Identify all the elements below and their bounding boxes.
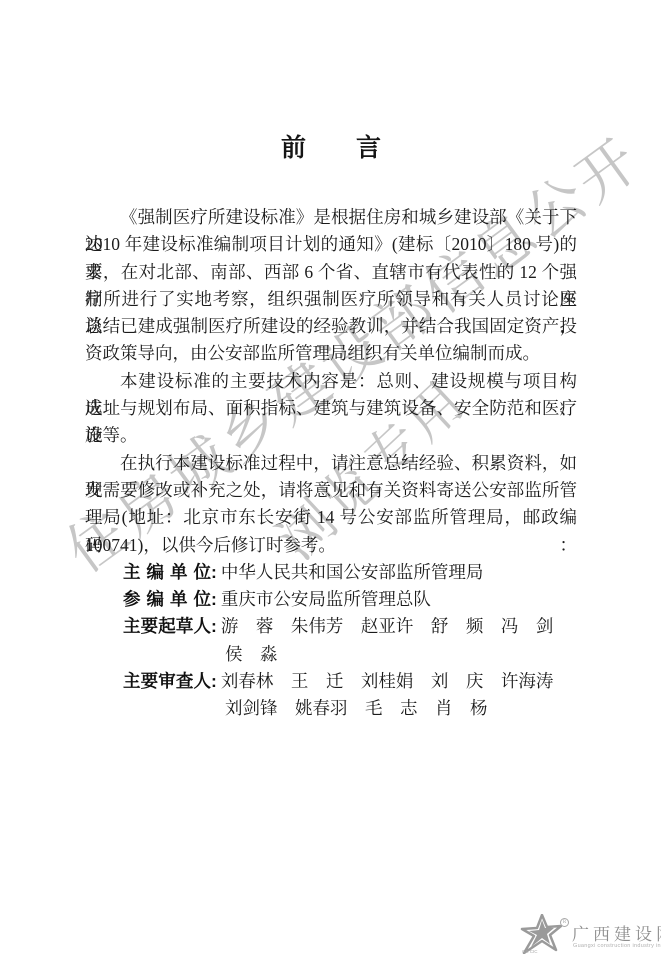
field-label: 主编单位 (123, 559, 211, 586)
page-title: 前 言 (85, 128, 577, 164)
site-logo: GX CIC R 广西建设网 Guangxi construction indu… (520, 912, 660, 958)
field-line: 主要起草人:游 蓉 朱伟芳 赵亚许 舒 频 冯 剑 (85, 613, 577, 640)
text-line: 求，在对北部、南部、西部 6 个省、直辖市有代表性的 12 个强制医 (85, 259, 577, 286)
field-label: 主要审查人 (123, 668, 211, 695)
site-logo-name: 广西建设网 (572, 920, 661, 945)
field-label: 主要起草人 (123, 613, 211, 640)
field-value-continuation: 侯 淼 (85, 641, 577, 668)
text-line: 《强制医疗所建设标准》是根据住房和城乡建设部《关于下达 (85, 204, 577, 231)
field-label-colon: : (211, 671, 221, 691)
svg-text:GX CIC: GX CIC (522, 949, 538, 954)
field-line: 参编单位:重庆市公安局监所管理总队 (85, 586, 577, 613)
field-label: 参编单位 (123, 586, 211, 613)
field-line: 主要审查人:刘春林 王 迁 刘桂娟 刘 庆 许海涛 (85, 668, 577, 695)
text-line: 选址与规划布局、面积指标、建筑与建筑设备、安全防范和医疗设 (85, 395, 577, 422)
field-line: 主编单位:中华人民共和国公安部监所管理局 (85, 559, 577, 586)
field-value: 游 蓉 朱伟芳 赵亚许 舒 频 冯 剑 (221, 616, 554, 636)
field-label-colon: : (211, 562, 221, 582)
site-logo-tagline: Guangxi construction industry informatio… (573, 943, 661, 949)
field-label-colon: : (211, 589, 221, 609)
text-line: 总结已建成强制医疗所建设的经验教训，并结合我国固定资产投 (85, 313, 577, 340)
text-line: 2010 年建设标准编制项目计划的通知》(建标〔2010〕180 号)的要 (85, 231, 577, 258)
document-page: 住房城乡建设部信息公开 浏览专用 前 言 《强制医疗所建设标准》是根据住房和城乡… (0, 0, 661, 960)
field-value: 中华人民共和国公安部监所管理局 (221, 562, 484, 582)
field-label-colon: : (211, 616, 221, 636)
text-line: 资政策导向，由公安部监所管理局组织有关单位编制而成。 (85, 340, 577, 367)
field-value-continuation: 刘剑锋 姚春羽 毛 志 肖 杨 (85, 695, 577, 722)
text-line: 本建设标准的主要技术内容是：总则、建设规模与项目构成、 (85, 368, 577, 395)
text-line: 在执行本建设标准过程中，请注意总结经验、积累资料，如发 (85, 450, 577, 477)
text-line: 理局(地址：北京市东长安街 14 号公安部监所管理局，邮政编码： (85, 504, 577, 531)
star-logo-icon: GX CIC (520, 914, 564, 954)
document-body: 《强制医疗所建设标准》是根据住房和城乡建设部《关于下达2010 年建设标准编制项… (85, 204, 577, 723)
field-value: 刘春林 王 迁 刘桂娟 刘 庆 许海涛 (221, 671, 554, 691)
text-line: 施等。 (85, 422, 577, 449)
registered-mark-icon: R (560, 918, 569, 927)
field-value: 重庆市公安局监所管理总队 (221, 589, 431, 609)
text-line: 现需要修改或补充之处，请将意见和有关资料寄送公安部监所管 (85, 477, 577, 504)
text-line: 疗所进行了实地考察，组织强制医疗所领导和有关人员讨论座谈， (85, 286, 577, 313)
